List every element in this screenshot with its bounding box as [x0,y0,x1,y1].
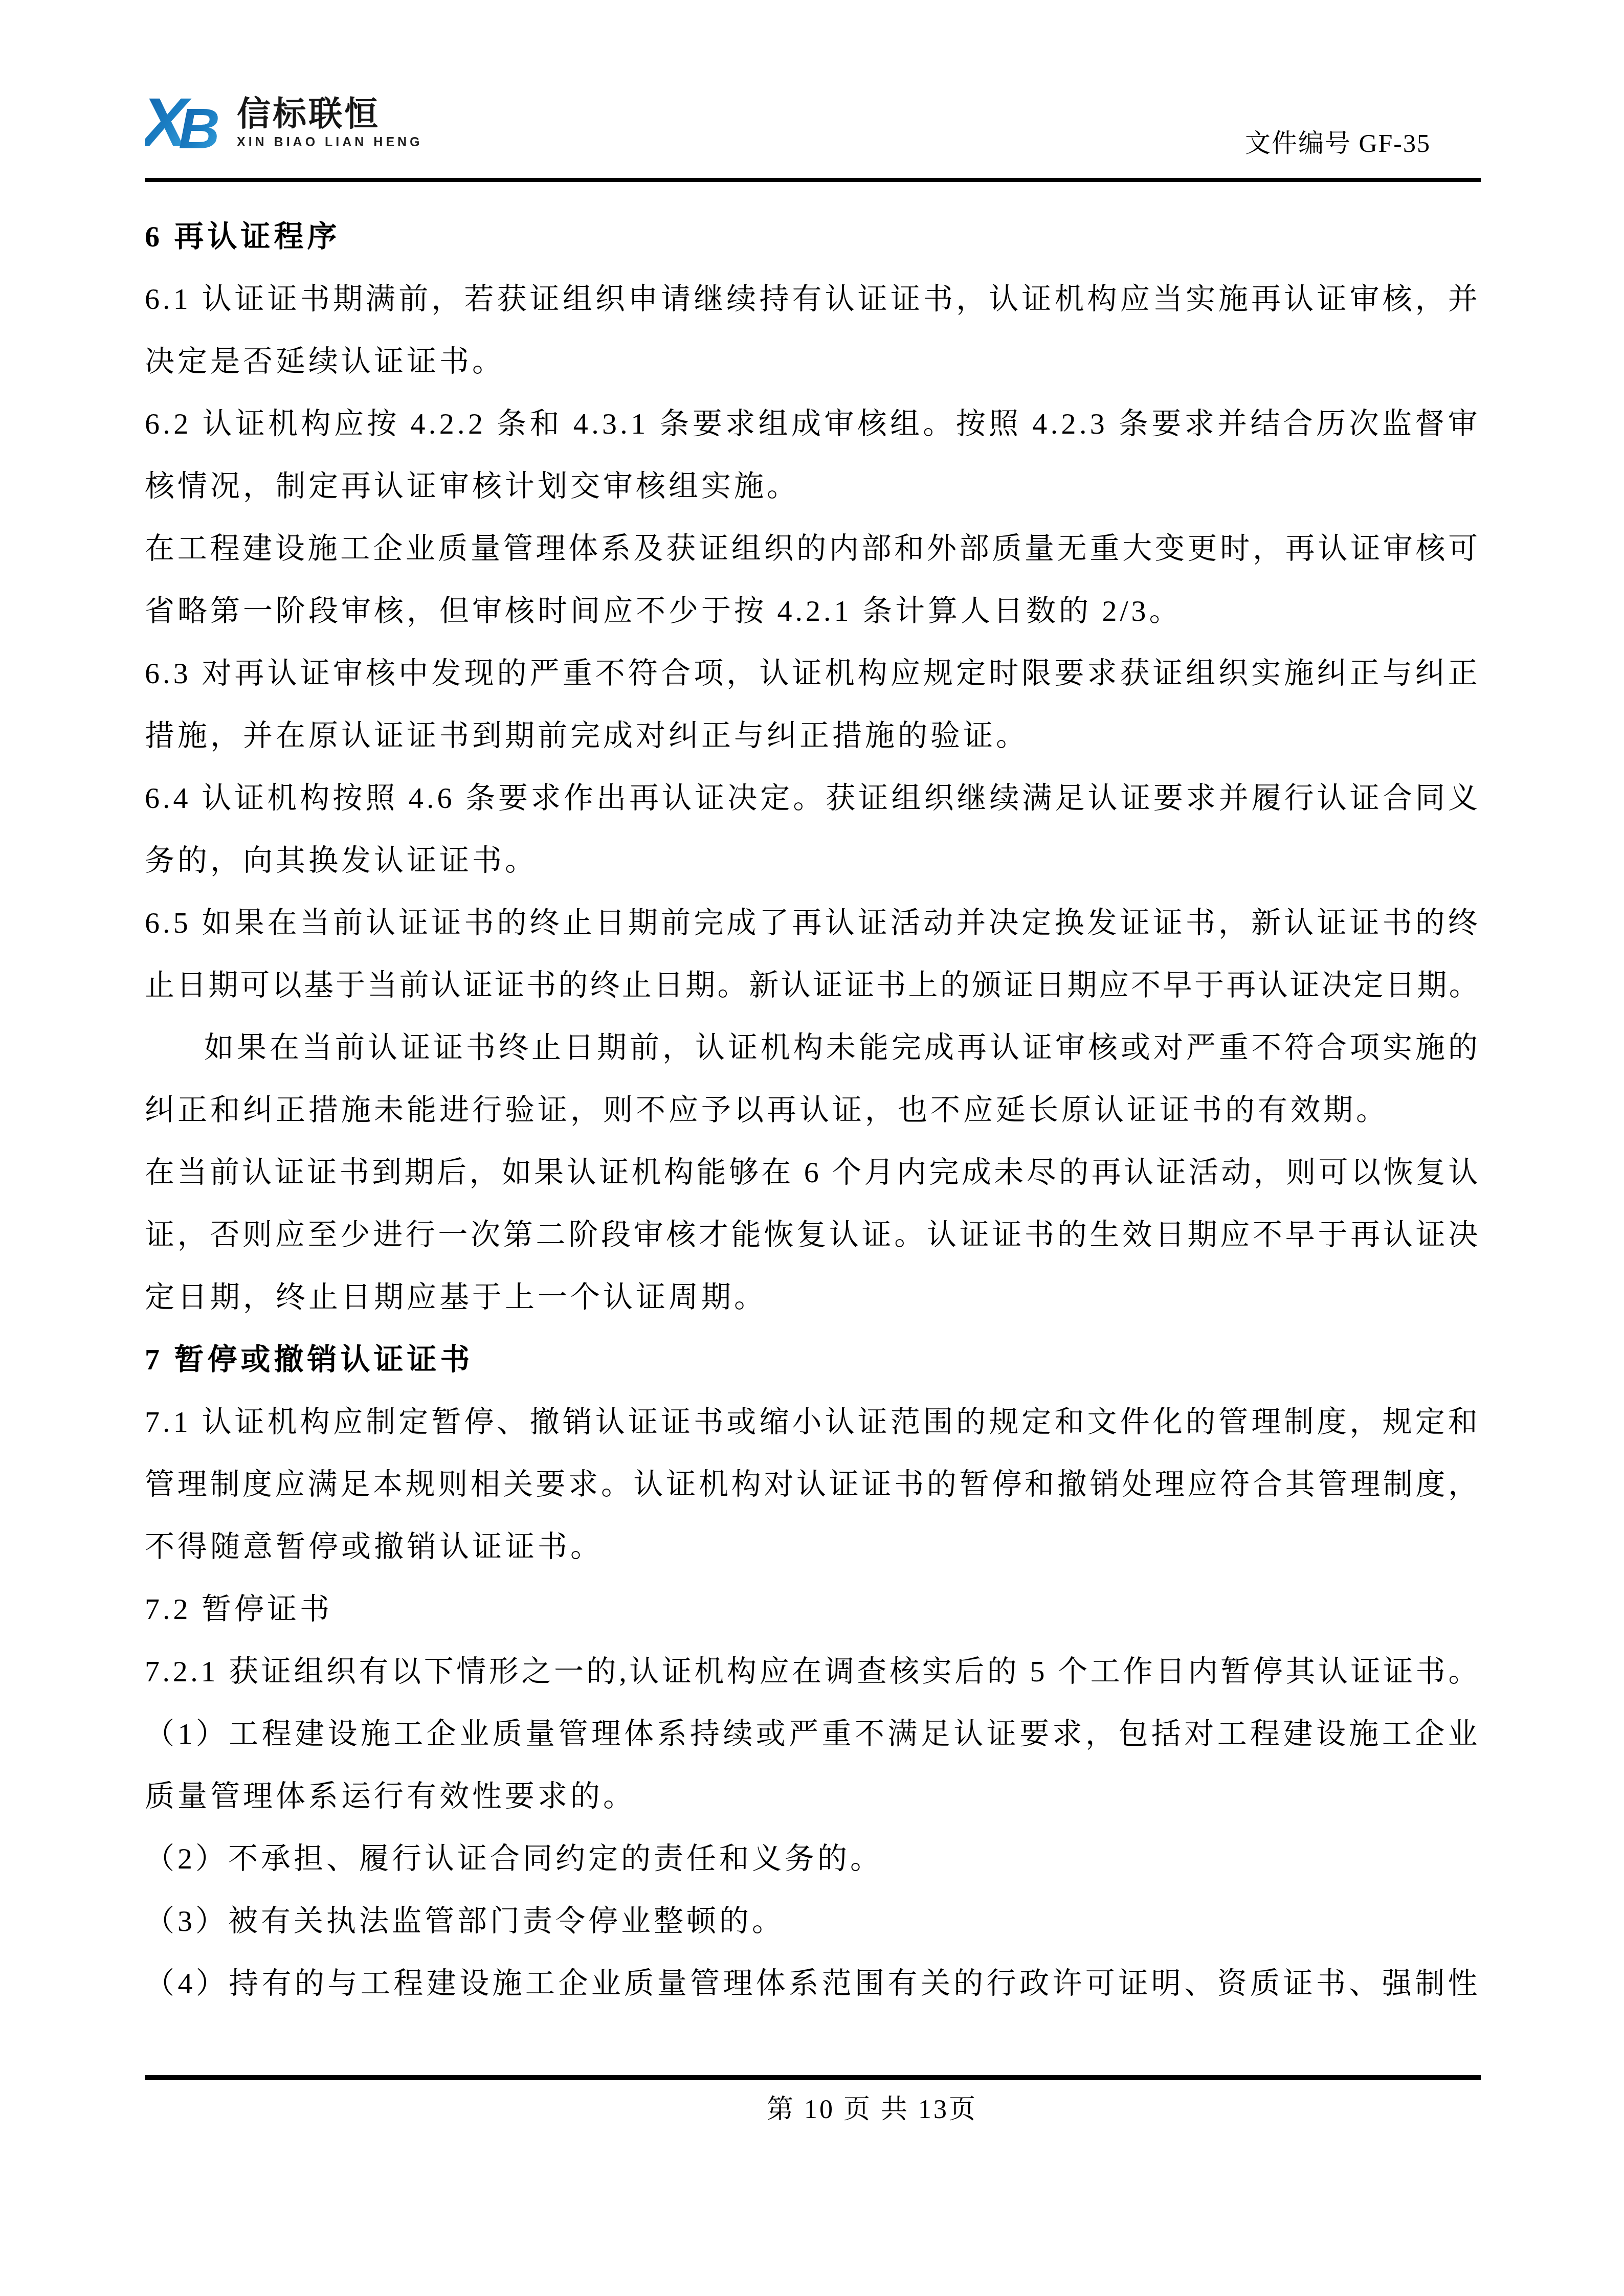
body-line-text: （1）工程建设施工企业质量管理体系持续或严重不满足认证要求，包括对工程建设施工企… [145,1717,1481,1750]
body-line: （4）持有的与工程建设施工企业质量管理体系范围有关的行政许可证明、资质证书、强制… [145,1952,1481,2015]
body-line-text: （3）被有关执法监管部门责令停业整顿的。 [145,1904,785,1938]
body-line: 如果在当前认证证书终止日期前，认证机构未能完成再认证审核或对严重不符合项实施的 [145,1017,1481,1079]
section-heading: 6 再认证程序 [145,206,1481,268]
body-line-text: 止日期可以基于当前认证证书的终止日期。新认证证书上的颁证日期应不早于再认证决定日… [145,969,1481,1002]
body-line: 7.1 认证机构应制定暂停、撤销认证证书或缩小认证范围的规定和文件化的管理制度，… [145,1391,1481,1453]
body-line-text: 6.1 认证证书期满前，若获证组织申请继续持有认证证书，认证机构应当实施再认证审… [145,282,1481,316]
body-line-text: 在当前认证证书到期后，如果认证机构能够在 6 个月内完成未尽的再认证活动，则可以… [145,1156,1481,1189]
body-line-text: 决定是否延续认证证书。 [145,345,505,378]
body-line-text: 6.5 如果在当前认证证书的终止日期前完成了再认证活动并决定换发证证书，新认证证… [145,906,1481,939]
body-line: 6.3 对再认证审核中发现的严重不符合项，认证机构应规定时限要求获证组织实施纠正… [145,642,1481,705]
body-line: 在工程建设施工企业质量管理体系及获证组织的内部和外部质量无重大变更时，再认证审核… [145,517,1481,580]
body-line-text: 7.1 认证机构应制定暂停、撤销认证证书或缩小认证范围的规定和文件化的管理制度，… [145,1405,1481,1438]
body-line-text: 在工程建设施工企业质量管理体系及获证组织的内部和外部质量无重大变更时，再认证审核… [145,532,1481,565]
body-line: （2）不承担、履行认证合同约定的责任和义务的。 [145,1828,1481,1890]
logo-name-en: XIN BIAO LIAN HENG [237,135,423,150]
body-line: 质量管理体系运行有效性要求的。 [145,1765,1481,1828]
body-line: 6.5 如果在当前认证证书的终止日期前完成了再认证活动并决定换发证证书，新认证证… [145,892,1481,954]
body-line-text: 6.3 对再认证审核中发现的严重不符合项，认证机构应规定时限要求获证组织实施纠正… [145,657,1481,690]
body-line: 证，否则应至少进行一次第二阶段审核才能恢复认证。认证证书的生效日期应不早于再认证… [145,1204,1481,1266]
svg-text:B: B [179,97,220,157]
body-line-text: 如果在当前认证证书终止日期前，认证机构未能完成再认证审核或对严重不符合项实施的 [204,1031,1481,1064]
document-page: X B 信标联恒 XIN BIAO LIAN HENG 文件编号 GF-35 6… [0,0,1624,2296]
body-line: 措施，并在原认证证书到期前完成对纠正与纠正措施的验证。 [145,705,1481,767]
body-line: 定日期，终止日期应基于上一个认证周期。 [145,1266,1481,1329]
body-line: （3）被有关执法监管部门责令停业整顿的。 [145,1890,1481,1952]
doc-number: 文件编号 GF-35 [1245,123,1431,160]
body-line-text: 定日期，终止日期应基于上一个认证周期。 [145,1280,767,1314]
body-line-text: 7.2 暂停证书 [145,1592,332,1626]
body-line: 核情况，制定再认证审核计划交审核组实施。 [145,455,1481,517]
body-line: 省略第一阶段审核，但审核时间应不少于按 4.2.1 条计算人日数的 2/3。 [145,580,1481,642]
body-line: 管理制度应满足本规则相关要求。认证机构对认证证书的暂停和撤销处理应符合其管理制度… [145,1453,1481,1516]
section-heading: 7 暂停或撤销认证证书 [145,1329,1481,1391]
body-line: 6.2 认证机构应按 4.2.2 条和 4.3.1 条要求组成审核组。按照 4.… [145,393,1481,455]
logo-name-cn: 信标联恒 [237,95,423,132]
body-line-text: 7.2.1 获证组织有以下情形之一的,认证机构应在调查核实后的 5 个工作日内暂… [145,1655,1481,1688]
logo-wordmark: 信标联恒 XIN BIAO LIAN HENG [237,86,423,150]
body-line: 7.2.1 获证组织有以下情形之一的,认证机构应在调查核实后的 5 个工作日内暂… [145,1640,1481,1703]
body-line-text: 省略第一阶段审核，但审核时间应不少于按 4.2.1 条计算人日数的 2/3。 [145,594,1182,627]
body-line: 不得随意暂停或撤销认证证书。 [145,1516,1481,1578]
body-line-text: 6.4 认证机构按照 4.6 条要求作出再认证决定。获证组织继续满足认证要求并履… [145,781,1481,815]
body-line: 务的，向其换发认证证书。 [145,829,1481,892]
body-line-text: 纠正和纠正措施未能进行验证，则不应予以再认证，也不应延长原认证证书的有效期。 [145,1093,1389,1127]
body-line: 6.1 认证证书期满前，若获证组织申请继续持有认证证书，认证机构应当实施再认证审… [145,268,1481,330]
body-line-text: （2）不承担、履行认证合同约定的责任和义务的。 [145,1842,883,1875]
body-line-text: 6.2 认证机构应按 4.2.2 条和 4.3.1 条要求组成审核组。按照 4.… [145,407,1481,440]
body-line: 在当前认证证书到期后，如果认证机构能够在 6 个月内完成未尽的再认证活动，则可以… [145,1141,1481,1204]
company-logo: X B 信标联恒 XIN BIAO LIAN HENG [145,86,423,168]
body-line: 决定是否延续认证证书。 [145,330,1481,393]
body-line-text: 措施，并在原认证证书到期前完成对纠正与纠正措施的验证。 [145,719,1029,752]
body-line: 止日期可以基于当前认证证书的终止日期。新认证证书上的颁证日期应不早于再认证决定日… [145,954,1481,1017]
footer-page-number: 第 10 页 共 13页 [145,2079,1481,2141]
document-body: 6 再认证程序6.1 认证证书期满前，若获证组织申请继续持有认证证书，认证机构应… [145,206,1481,2015]
logo-xb-monogram-icon: X B [145,86,232,157]
body-line: （1）工程建设施工企业质量管理体系持续或严重不满足认证要求，包括对工程建设施工企… [145,1703,1481,1765]
body-line-text: 证，否则应至少进行一次第二阶段审核才能恢复认证。认证证书的生效日期应不早于再认证… [145,1218,1481,1251]
body-line-text: 6 再认证程序 [145,220,341,253]
body-line: 7.2 暂停证书 [145,1578,1481,1640]
header-rule [145,178,1481,182]
body-line-text: 7 暂停或撤销认证证书 [145,1343,474,1376]
body-line-text: 务的，向其换发认证证书。 [145,844,538,877]
body-line-text: （4）持有的与工程建设施工企业质量管理体系范围有关的行政许可证明、资质证书、强制… [145,1967,1481,2000]
body-line-text: 质量管理体系运行有效性要求的。 [145,1780,636,1813]
body-line: 6.4 认证机构按照 4.6 条要求作出再认证决定。获证组织继续满足认证要求并履… [145,767,1481,829]
body-line-text: 管理制度应满足本规则相关要求。认证机构对认证证书的暂停和撤销处理应符合其管理制度… [145,1468,1481,1501]
body-line: 纠正和纠正措施未能进行验证，则不应予以再认证，也不应延长原认证证书的有效期。 [145,1079,1481,1141]
body-line-text: 核情况，制定再认证审核计划交审核组实施。 [145,469,799,503]
body-line-text: 不得随意暂停或撤销认证证书。 [145,1530,603,1563]
